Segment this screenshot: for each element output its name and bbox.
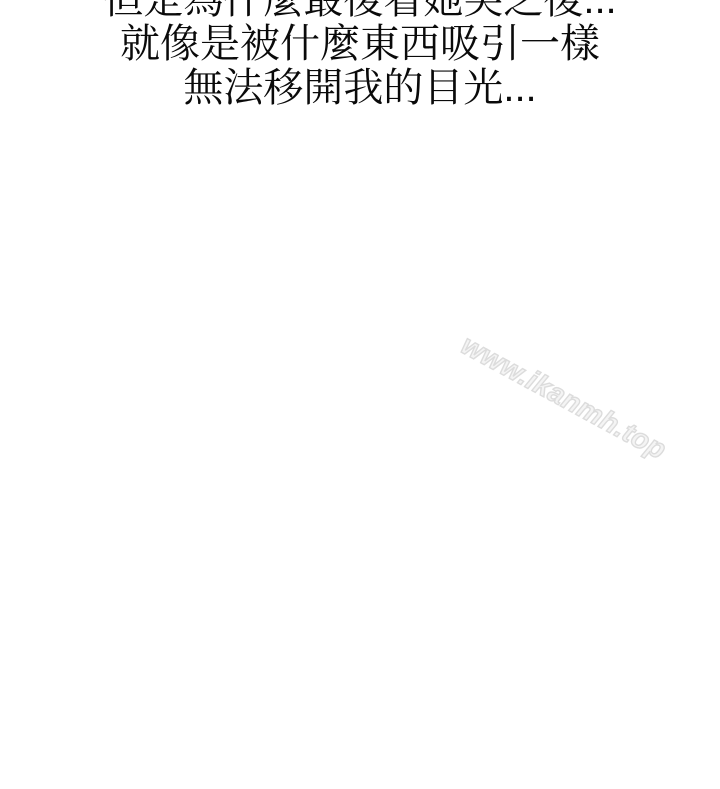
caption-line-2: 就像是被什麼東西吸引一樣 — [0, 22, 720, 66]
watermark-text: www.ikanmh.top — [456, 329, 672, 466]
caption-block: 但是為什麼最後看她笑之後... 就像是被什麼東西吸引一樣 無法移開我的目光... — [0, 0, 720, 110]
caption-line-1: 但是為什麼最後看她笑之後... — [0, 0, 720, 22]
caption-line-3: 無法移開我的目光... — [0, 66, 720, 110]
comic-page: 但是為什麼最後看她笑之後... 就像是被什麼東西吸引一樣 無法移開我的目光...… — [0, 0, 720, 789]
